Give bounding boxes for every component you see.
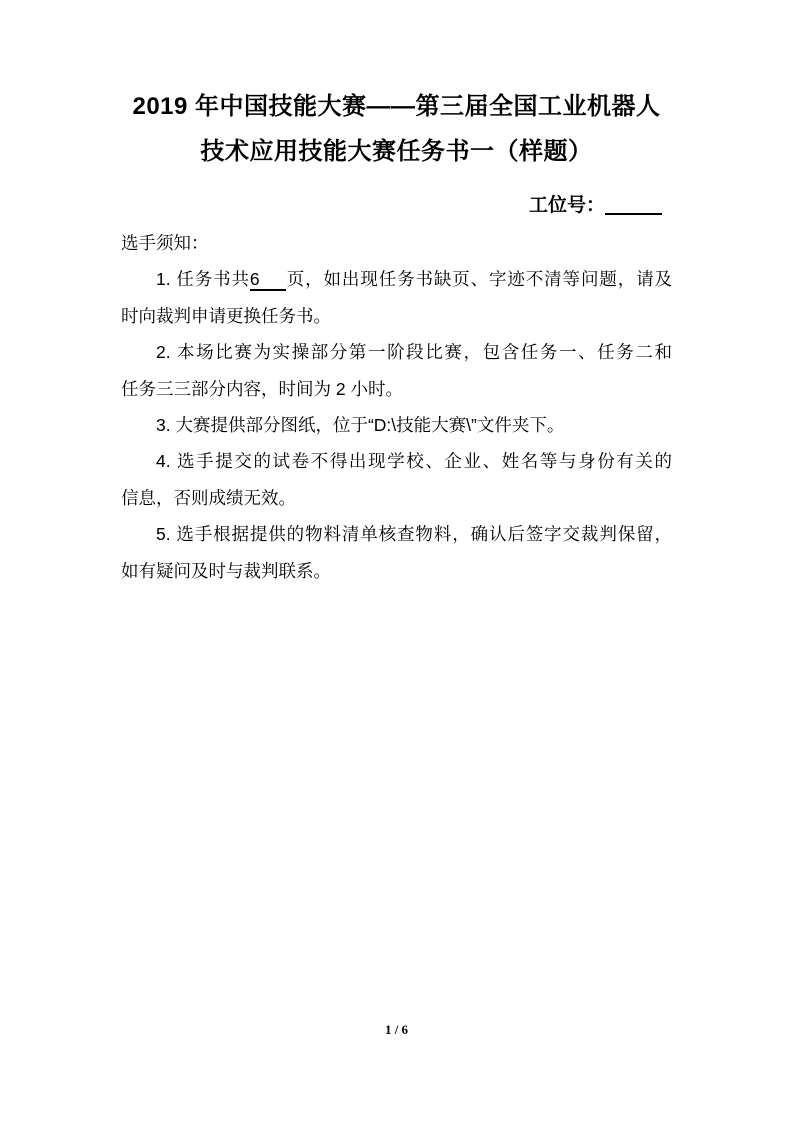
notice-item-5-line-2: 如有疑问及时与裁判联系。 — [121, 553, 672, 589]
station-number-line: 工位号： — [0, 187, 793, 225]
station-blank-field — [605, 194, 662, 215]
notice-item-4-line-1: 4. 选手提交的试卷不得出现学校、企业、姓名等与身份有关的 — [121, 443, 672, 479]
document-page: 2019 年中国技能大赛——第三届全国工业机器人 技术应用技能大赛任务书一（样题… — [0, 0, 793, 1122]
notice-item-5-line-1: 5. 选手根据提供的物料清单核查物料，确认后签字交裁判保留， — [121, 516, 672, 552]
notice-item-2-line-1: 2. 本场比赛为实操部分第一阶段比赛，包含任务一、任务二和 — [121, 334, 672, 370]
notice-item-3-line-1: 3. 大赛提供部分图纸，位于“D:\技能大赛\”文件夹下。 — [121, 407, 672, 443]
page-count-blank: 6 — [250, 270, 286, 290]
notice-heading: 选手须知： — [121, 225, 672, 261]
document-title-line1: 2019 年中国技能大赛——第三届全国工业机器人 — [0, 84, 793, 129]
notice-item-1-line-1: 1. 任务书共6页，如出现任务书缺页、字迹不清等问题，请及 — [121, 261, 672, 297]
station-label: 工位号： — [529, 195, 605, 216]
document-title-line2: 技术应用技能大赛任务书一（样题） — [0, 129, 793, 174]
page-number: 1 / 6 — [0, 1022, 793, 1038]
notice-item-1-text-pre: 1. 任务书共 — [156, 269, 250, 289]
document-title: 2019 年中国技能大赛——第三届全国工业机器人 技术应用技能大赛任务书一（样题… — [0, 0, 793, 174]
notice-item-2-line-2: 任务三三部分内容，时间为 2 小时。 — [121, 371, 672, 407]
notice-section: 选手须知： 1. 任务书共6页，如出现任务书缺页、字迹不清等问题，请及 时向裁判… — [121, 225, 672, 589]
notice-item-1-line-2: 时向裁判申请更换任务书。 — [121, 298, 672, 334]
notice-item-4-line-2: 信息，否则成绩无效。 — [121, 480, 672, 516]
notice-item-1-text-post: 页，如出现任务书缺页、字迹不清等问题，请及 — [286, 269, 672, 289]
